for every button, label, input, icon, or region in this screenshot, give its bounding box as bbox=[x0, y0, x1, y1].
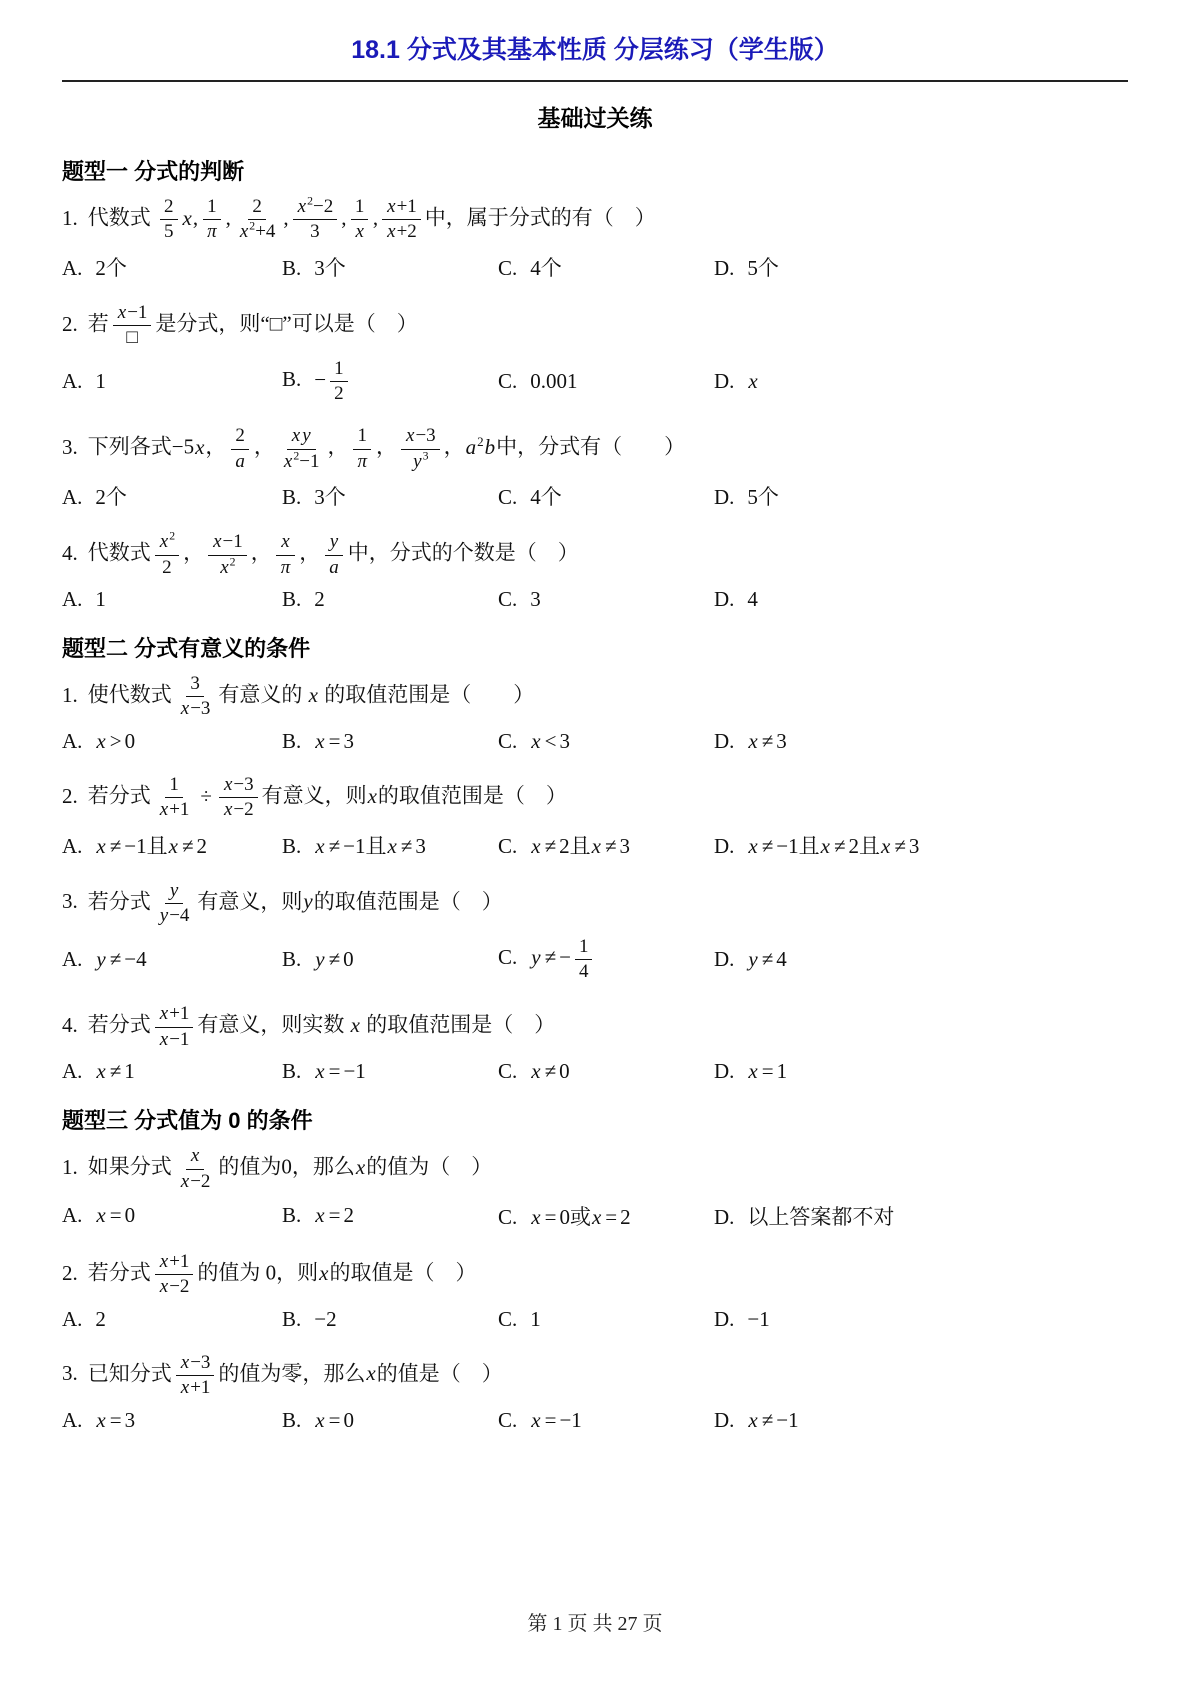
options-row: A.1B.2C.3D.4 bbox=[62, 587, 1128, 612]
option: B.−12 bbox=[282, 358, 494, 406]
fraction-numerator: x2−2 bbox=[293, 196, 338, 220]
fraction: 1x+1 bbox=[155, 774, 194, 822]
text-run: 的值为 bbox=[218, 1155, 281, 1179]
fraction-numerator: 1 bbox=[165, 774, 183, 798]
text-run: 且 bbox=[799, 834, 820, 858]
math-run: y≠−4 bbox=[95, 947, 146, 971]
fraction-denominator: x+1 bbox=[176, 1376, 215, 1399]
option: D.以上答案都不对 bbox=[714, 1201, 1128, 1231]
text-run: 个 bbox=[325, 256, 346, 280]
option: B.2 bbox=[282, 587, 494, 612]
fraction-denominator: x2−1 bbox=[279, 450, 324, 473]
option-label: B. bbox=[282, 1408, 301, 1432]
option: C.y≠−14 bbox=[498, 936, 710, 984]
fraction: xyx2−1 bbox=[279, 425, 324, 473]
math-run: x bbox=[355, 1155, 366, 1179]
text-run: 中，分式的个数是（ ） bbox=[348, 541, 579, 565]
option: C.1 bbox=[498, 1307, 710, 1332]
text-run: 中，属于分式的有（ ） bbox=[425, 206, 656, 230]
text-run: ， bbox=[376, 435, 397, 459]
text-run: 个 bbox=[106, 256, 127, 280]
option-label: A. bbox=[62, 1203, 82, 1227]
option: B.x=0 bbox=[282, 1408, 494, 1433]
math-run: x≠1 bbox=[95, 1059, 134, 1083]
section-title: 基础过关练 bbox=[62, 100, 1128, 133]
fraction-numerator: 3 bbox=[186, 673, 204, 697]
fraction-denominator: 3 bbox=[306, 220, 324, 243]
option: C.x=0或x=2 bbox=[498, 1201, 710, 1231]
math-run: x≠3 bbox=[591, 834, 630, 858]
question-stem: 1.如果分式xx−2的值为0，那么x的值为（ ） bbox=[62, 1145, 1128, 1193]
fraction-denominator: 5 bbox=[160, 220, 178, 243]
option: A.2个 bbox=[62, 481, 278, 511]
question: 1.使代数式3x−3有意义的 x 的取值范围是（ ）A.x>0B.x=3C.x<… bbox=[62, 673, 1128, 754]
math-run: a2b bbox=[465, 435, 497, 459]
option-label: D. bbox=[714, 587, 734, 611]
text-run: 或 bbox=[570, 1205, 591, 1229]
fraction: 1π bbox=[202, 196, 222, 244]
fraction-denominator: x+2 bbox=[382, 220, 421, 243]
math-run: x≠−1 bbox=[747, 1408, 798, 1432]
option-label: C. bbox=[498, 587, 517, 611]
math-run: x bbox=[318, 1261, 329, 1285]
options-row: A.x=3B.x=0C.x=−1D.x≠−1 bbox=[62, 1408, 1128, 1433]
option-label: B. bbox=[282, 587, 301, 611]
question-stem: 2.若分式x+1x−2的值为 0，则x的取值是（ ） bbox=[62, 1251, 1128, 1299]
math-run: x=0 bbox=[95, 1203, 135, 1227]
fraction-denominator: x+1 bbox=[155, 798, 194, 821]
text-run: ， bbox=[205, 435, 226, 459]
math-run: x bbox=[365, 1361, 376, 1385]
math-run: − bbox=[314, 367, 326, 391]
fraction: xπ bbox=[276, 531, 296, 579]
text-run: 中，分式有（ ） bbox=[496, 435, 685, 459]
option-label: B. bbox=[282, 729, 301, 753]
math-run: x bbox=[747, 369, 758, 393]
question: 1.如果分式xx−2的值为0，那么x的值为（ ）A.x=0B.x=2C.x=0或… bbox=[62, 1145, 1128, 1231]
option-label: A. bbox=[62, 1059, 82, 1083]
math-run: 3 bbox=[530, 587, 541, 611]
option-label: A. bbox=[62, 947, 82, 971]
fraction-denominator: y−4 bbox=[155, 904, 194, 927]
math-run: 1 bbox=[530, 1307, 541, 1331]
fraction: 2a bbox=[230, 425, 250, 473]
options-row: A.1B.−12C.0.001D.x bbox=[62, 358, 1128, 406]
options-row: A.x>0B.x=3C.x<3D.x≠3 bbox=[62, 729, 1128, 754]
fraction-numerator: xy bbox=[287, 425, 316, 449]
math-run: 3 bbox=[314, 485, 325, 509]
fraction-numerator: x−1 bbox=[113, 302, 152, 326]
math-run: x≠−1 bbox=[95, 834, 146, 858]
fraction-denominator: a bbox=[230, 450, 250, 473]
fraction-denominator: x bbox=[350, 220, 368, 243]
math-run: 2 bbox=[95, 1307, 106, 1331]
text-run: 有意义，则 bbox=[197, 889, 302, 913]
text-run: 的取值是（ ） bbox=[329, 1261, 476, 1285]
text-run: 代数式 bbox=[88, 541, 151, 565]
question-stem: 3.若分式yy−4有意义，则y的取值范围是（ ） bbox=[62, 880, 1128, 928]
text-run: 的取值范围是（ ） bbox=[319, 683, 534, 707]
math-run: , bbox=[226, 206, 231, 230]
text-run: 若分式 bbox=[88, 1013, 151, 1037]
fraction-numerator: 1 bbox=[353, 425, 371, 449]
math-run: x≠3 bbox=[747, 729, 786, 753]
question-number: 1. bbox=[62, 683, 78, 707]
text-run: 的值为零，那么 bbox=[218, 1361, 365, 1385]
fraction-denominator: π bbox=[202, 220, 222, 243]
option-label: D. bbox=[714, 729, 734, 753]
option: B.x=2 bbox=[282, 1203, 494, 1228]
text-run: 已知分式 bbox=[88, 1361, 172, 1385]
text-run: 且 bbox=[365, 834, 386, 858]
option: A.1 bbox=[62, 369, 278, 394]
text-run: ， bbox=[327, 435, 348, 459]
text-run: 若分式 bbox=[88, 784, 151, 808]
text-run: 的取值范围是（ ） bbox=[314, 889, 503, 913]
option: B.−2 bbox=[282, 1307, 494, 1332]
fraction: 2x2+4 bbox=[235, 196, 280, 244]
option-label: A. bbox=[62, 485, 82, 509]
option-label: D. bbox=[714, 947, 734, 971]
text-run: 个 bbox=[758, 485, 779, 509]
text-run: 如果分式 bbox=[88, 1155, 172, 1179]
document-body: 题型一 分式的判断1.代数式 25x,1π,2x2+4,x2−23,1x,x+1… bbox=[62, 139, 1128, 1453]
option: D.x≠−1 bbox=[714, 1408, 1128, 1433]
fraction-denominator: □ bbox=[122, 326, 141, 349]
fraction-denominator: y3 bbox=[408, 450, 432, 473]
math-run: 4 bbox=[747, 587, 758, 611]
text-run: ，那么 bbox=[292, 1155, 355, 1179]
option: A.x≠1 bbox=[62, 1059, 278, 1084]
math-run: 0 bbox=[266, 1261, 277, 1285]
math-run: y≠0 bbox=[314, 947, 353, 971]
math-run: y≠− bbox=[530, 945, 571, 969]
option: D.5个 bbox=[714, 481, 1128, 511]
fraction-numerator: x+1 bbox=[155, 1003, 194, 1027]
text-run: ， bbox=[251, 541, 272, 565]
fraction-denominator: x2 bbox=[215, 556, 239, 579]
option-label: B. bbox=[282, 367, 301, 391]
question-number: 3. bbox=[62, 1361, 78, 1385]
math-run: x≠0 bbox=[530, 1059, 569, 1083]
option-label: A. bbox=[62, 369, 82, 393]
fraction-numerator: x+1 bbox=[155, 1251, 194, 1275]
math-run: −2 bbox=[314, 1307, 336, 1331]
fraction: x−3y3 bbox=[401, 425, 440, 473]
option: D.x=1 bbox=[714, 1059, 1128, 1084]
question-number: 1. bbox=[62, 206, 78, 230]
option-label: D. bbox=[714, 1059, 734, 1083]
math-run: x bbox=[367, 784, 378, 808]
math-run: 0.001 bbox=[530, 369, 577, 393]
option: A.x>0 bbox=[62, 729, 278, 754]
question: 4.代数式x22，x−1x2，xπ，ya中，分式的个数是（ ）A.1B.2C.3… bbox=[62, 531, 1128, 612]
option: C.4个 bbox=[498, 252, 710, 282]
fraction-numerator: x−3 bbox=[176, 1352, 215, 1376]
math-run: 3 bbox=[314, 256, 325, 280]
fraction-numerator: 2 bbox=[231, 425, 249, 449]
question-stem: 4.代数式x22，x−1x2，xπ，ya中，分式的个数是（ ） bbox=[62, 531, 1128, 579]
text-run: ， bbox=[183, 541, 204, 565]
option-label: A. bbox=[62, 1307, 82, 1331]
math-run: x=2 bbox=[314, 1203, 354, 1227]
option: B.y≠0 bbox=[282, 947, 494, 972]
option-label: C. bbox=[498, 256, 517, 280]
option: D.−1 bbox=[714, 1307, 1128, 1332]
option: A.y≠−4 bbox=[62, 947, 278, 972]
option: C.4个 bbox=[498, 481, 710, 511]
option-label: D. bbox=[714, 1205, 734, 1229]
fraction-numerator: x−3 bbox=[219, 774, 258, 798]
option-label: C. bbox=[498, 945, 517, 969]
fraction: 1π bbox=[352, 425, 372, 473]
option-label: D. bbox=[714, 256, 734, 280]
fraction: x+1x+2 bbox=[382, 196, 421, 244]
question-number: 3. bbox=[62, 435, 78, 459]
math-run: y≠4 bbox=[747, 947, 786, 971]
fraction-denominator: 2 bbox=[158, 556, 176, 579]
options-row: A.2个B.3个C.4个D.5个 bbox=[62, 481, 1128, 511]
fraction: x−1□ bbox=[113, 302, 152, 350]
option: C.0.001 bbox=[498, 369, 710, 394]
math-run: ÷ bbox=[197, 784, 215, 808]
question-number: 2. bbox=[62, 1261, 78, 1285]
question-stem: 2.若分式1x+1÷x−3x−2有意义，则x的取值范围是（ ） bbox=[62, 774, 1128, 822]
option-label: A. bbox=[62, 834, 82, 858]
option-label: C. bbox=[498, 1408, 517, 1432]
question-stem: 2.若x−1□是分式，则“□”可以是（ ） bbox=[62, 302, 1128, 350]
option: A.2 bbox=[62, 1307, 278, 1332]
math-run: , bbox=[373, 206, 378, 230]
math-run: x bbox=[308, 683, 319, 707]
math-run: 4 bbox=[530, 485, 541, 509]
text-run: 的值为 bbox=[197, 1261, 265, 1285]
math-run: 5 bbox=[747, 485, 758, 509]
option-label: D. bbox=[714, 1408, 734, 1432]
text-run: 个 bbox=[541, 485, 562, 509]
fraction-numerator: x2 bbox=[155, 531, 179, 555]
option-label: B. bbox=[282, 834, 301, 858]
text-run: ， bbox=[444, 435, 465, 459]
question-number: 1. bbox=[62, 1155, 78, 1179]
option: D.x≠3 bbox=[714, 729, 1128, 754]
option: C.x<3 bbox=[498, 729, 710, 754]
fraction-denominator: π bbox=[352, 450, 372, 473]
text-run: 且 bbox=[570, 834, 591, 858]
fraction-numerator: 2 bbox=[160, 196, 178, 220]
math-run: x≠−1 bbox=[314, 834, 365, 858]
page-title: 18.1 分式及其基本性质 分层练习（学生版） bbox=[62, 30, 1128, 66]
option: A.x=0 bbox=[62, 1203, 278, 1228]
option-label: A. bbox=[62, 256, 82, 280]
text-run: 若分式 bbox=[88, 889, 151, 913]
options-row: A.x=0B.x=2C.x=0或x=2D.以上答案都不对 bbox=[62, 1201, 1128, 1231]
text-run: 有意义，则 bbox=[262, 784, 367, 808]
option-label: D. bbox=[714, 369, 734, 393]
option: A.2个 bbox=[62, 252, 278, 282]
option: D.x bbox=[714, 369, 1128, 394]
fraction-denominator: 2 bbox=[330, 382, 348, 405]
math-run: x=0 bbox=[530, 1205, 570, 1229]
question: 2.若分式1x+1÷x−3x−2有意义，则x的取值范围是（ ）A.x≠−1且x≠… bbox=[62, 774, 1128, 860]
math-run: x=1 bbox=[747, 1059, 787, 1083]
option-label: D. bbox=[714, 834, 734, 858]
text-run: 个 bbox=[758, 256, 779, 280]
fraction-numerator: 1 bbox=[330, 358, 348, 382]
option-label: D. bbox=[714, 1307, 734, 1331]
option: B.x=3 bbox=[282, 729, 494, 754]
option-label: C. bbox=[498, 1059, 517, 1083]
math-run: x, bbox=[182, 206, 199, 230]
question-stem: 1.使代数式3x−3有意义的 x 的取值范围是（ ） bbox=[62, 673, 1128, 721]
text-run: 且 bbox=[147, 834, 168, 858]
fraction-denominator: x−2 bbox=[155, 1275, 194, 1298]
math-run: x≠3 bbox=[880, 834, 919, 858]
math-run: x>0 bbox=[95, 729, 135, 753]
math-run: −1 bbox=[747, 1307, 769, 1331]
question-number: 3. bbox=[62, 889, 78, 913]
option: A.1 bbox=[62, 587, 278, 612]
math-run: 2 bbox=[95, 485, 106, 509]
text-run: 下列各式 bbox=[88, 435, 172, 459]
options-row: A.2B.−2C.1D.−1 bbox=[62, 1307, 1128, 1332]
option-label: B. bbox=[282, 1307, 301, 1331]
topic-heading: 题型二 分式有意义的条件 bbox=[62, 632, 1128, 663]
fraction-denominator: a bbox=[324, 556, 344, 579]
option-label: B. bbox=[282, 256, 301, 280]
math-run: y bbox=[302, 889, 313, 913]
option: D.y≠4 bbox=[714, 947, 1128, 972]
fraction-denominator: x2+4 bbox=[235, 220, 280, 243]
options-row: A.x≠−1且x≠2B.x≠−1且x≠3C.x≠2且x≠3D.x≠−1且x≠2且… bbox=[62, 830, 1128, 860]
math-run: x≠3 bbox=[386, 834, 425, 858]
fraction-numerator: x−3 bbox=[401, 425, 440, 449]
math-run: x≠2 bbox=[530, 834, 569, 858]
worksheet-page: 18.1 分式及其基本性质 分层练习（学生版） 基础过关练 题型一 分式的判断1… bbox=[0, 0, 1190, 1682]
fraction-denominator: x−3 bbox=[176, 697, 215, 720]
fraction-numerator: 2 bbox=[248, 196, 266, 220]
options-row: A.y≠−4B.y≠0C.y≠−14D.y≠4 bbox=[62, 936, 1128, 984]
option-label: C. bbox=[498, 834, 517, 858]
topic-heading: 题型一 分式的判断 bbox=[62, 155, 1128, 186]
math-run: x≠2 bbox=[168, 834, 207, 858]
question: 3.若分式yy−4有意义，则y的取值范围是（ ）A.y≠−4B.y≠0C.y≠−… bbox=[62, 880, 1128, 984]
math-run: x<3 bbox=[530, 729, 570, 753]
math-run: −5x bbox=[172, 435, 206, 459]
question-stem: 3.下列各式−5x，2a，xyx2−1，1π，x−3y3，a2b中，分式有（ ） bbox=[62, 425, 1128, 473]
option: A.x≠−1且x≠2 bbox=[62, 830, 278, 860]
fraction-numerator: x−1 bbox=[208, 531, 247, 555]
question-number: 2. bbox=[62, 312, 78, 336]
text-run: 有意义的 bbox=[218, 683, 307, 707]
option: D.x≠−1且x≠2且x≠3 bbox=[714, 830, 1128, 860]
option-label: B. bbox=[282, 1203, 301, 1227]
text-run: 是分式，则“□”可以是（ ） bbox=[155, 312, 417, 336]
math-run: 0 bbox=[281, 1155, 292, 1179]
header-divider bbox=[62, 80, 1128, 82]
fraction: 1x bbox=[350, 196, 368, 244]
text-run: 个 bbox=[106, 485, 127, 509]
question: 1.代数式 25x,1π,2x2+4,x2−23,1x,x+1x+2中，属于分式… bbox=[62, 196, 1128, 282]
math-run: x=0 bbox=[314, 1408, 354, 1432]
math-run: 5 bbox=[747, 256, 758, 280]
fraction: yy−4 bbox=[155, 880, 194, 928]
topic-heading: 题型三 分式值为 0 的条件 bbox=[62, 1104, 1128, 1135]
option-label: C. bbox=[498, 1205, 517, 1229]
math-run: 1 bbox=[95, 587, 106, 611]
math-run: 2 bbox=[314, 587, 325, 611]
question-stem: 1.代数式 25x,1π,2x2+4,x2−23,1x,x+1x+2中，属于分式… bbox=[62, 196, 1128, 244]
text-run: 个 bbox=[541, 256, 562, 280]
fraction: x−1x2 bbox=[208, 531, 247, 579]
math-run: x≠−1 bbox=[747, 834, 798, 858]
math-run: x≠2 bbox=[820, 834, 859, 858]
option-label: A. bbox=[62, 587, 82, 611]
option-label: D. bbox=[714, 485, 734, 509]
math-run: , bbox=[283, 206, 288, 230]
question-number: 4. bbox=[62, 1013, 78, 1037]
fraction-denominator: π bbox=[276, 556, 296, 579]
question: 3.已知分式x−3x+1的值为零，那么x的值是（ ）A.x=3B.x=0C.x=… bbox=[62, 1352, 1128, 1433]
text-run: 有意义，则实数 bbox=[197, 1013, 349, 1037]
math-run: x=2 bbox=[591, 1205, 631, 1229]
math-run: , bbox=[341, 206, 346, 230]
option-label: B. bbox=[282, 947, 301, 971]
text-run: 若 bbox=[88, 312, 109, 336]
option: A.x=3 bbox=[62, 1408, 278, 1433]
question-stem: 3.已知分式x−3x+1的值为零，那么x的值是（ ） bbox=[62, 1352, 1128, 1400]
option-label: A. bbox=[62, 729, 82, 753]
fraction-denominator: x−2 bbox=[219, 798, 258, 821]
fraction-numerator: y bbox=[165, 880, 183, 904]
fraction-denominator: x−2 bbox=[176, 1170, 215, 1193]
option: B.x≠−1且x≠3 bbox=[282, 830, 494, 860]
math-run: 4 bbox=[530, 256, 541, 280]
option-label: C. bbox=[498, 729, 517, 753]
option: D.4 bbox=[714, 587, 1128, 612]
question-stem: 4.若分式x+1x−1有意义，则实数 x 的取值范围是（ ） bbox=[62, 1003, 1128, 1051]
text-run: ，则 bbox=[276, 1261, 318, 1285]
math-run: x bbox=[350, 1013, 361, 1037]
text-run: 使代数式 bbox=[88, 683, 172, 707]
math-run: 1 bbox=[95, 369, 106, 393]
fraction: 25 bbox=[160, 196, 178, 244]
text-run: 的值为（ ） bbox=[366, 1155, 492, 1179]
text-run: 且 bbox=[859, 834, 880, 858]
text-run: 的值是（ ） bbox=[377, 1361, 503, 1385]
fraction: xx−2 bbox=[176, 1145, 215, 1193]
text-run: 代数式 bbox=[88, 206, 156, 230]
option-label: C. bbox=[498, 369, 517, 393]
text-run: 以上答案都不对 bbox=[747, 1205, 894, 1229]
fraction-numerator: y bbox=[325, 531, 343, 555]
math-run: x=−1 bbox=[530, 1408, 582, 1432]
question: 3.下列各式−5x，2a，xyx2−1，1π，x−3y3，a2b中，分式有（ ）… bbox=[62, 425, 1128, 511]
math-run: x=3 bbox=[95, 1408, 135, 1432]
fraction: x2−23 bbox=[293, 196, 338, 244]
option-label: A. bbox=[62, 1408, 82, 1432]
fraction: x+1x−1 bbox=[155, 1003, 194, 1051]
fraction-numerator: x bbox=[186, 1145, 204, 1169]
option-label: B. bbox=[282, 485, 301, 509]
text-run: 的取值范围是（ ） bbox=[361, 1013, 555, 1037]
question-number: 4. bbox=[62, 541, 78, 565]
fraction: 14 bbox=[575, 936, 593, 984]
options-row: A.x≠1B.x=−1C.x≠0D.x=1 bbox=[62, 1059, 1128, 1084]
fraction: 12 bbox=[330, 358, 348, 406]
fraction-numerator: 1 bbox=[203, 196, 221, 220]
fraction-denominator: 4 bbox=[575, 960, 593, 983]
